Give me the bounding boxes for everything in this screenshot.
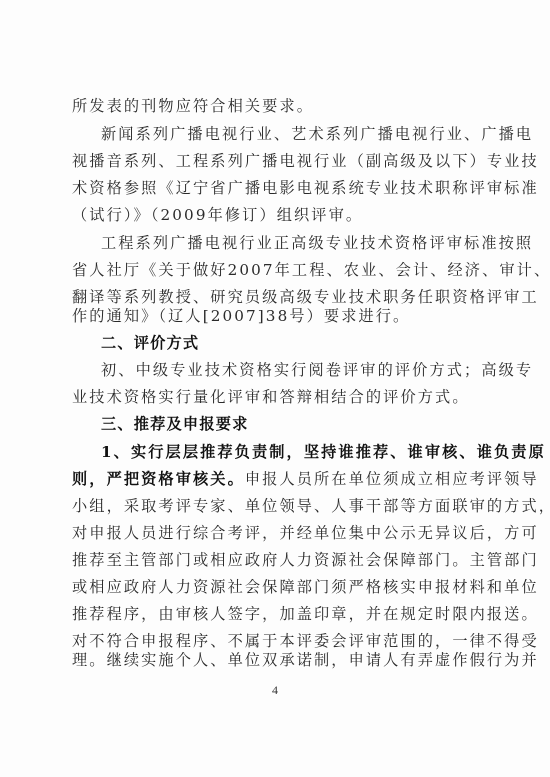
- document-page: 所发表的刊物应符合相关要求。 新闻系列广播电视行业、艺术系列广播电视行业、广播电…: [0, 0, 550, 777]
- paragraph-line: 视播音系列、工程系列广播电视行业（副高级及以下）专业技: [72, 151, 454, 171]
- paragraph-line-bold: 1、实行层层推荐负责制，坚持谁推荐、谁审核、谁负责原: [101, 442, 454, 462]
- paragraph-line: 业技术资格实行量化评审和答辩相结合的评价方式。: [72, 387, 454, 407]
- paragraph-line: 初、中级专业技术资格实行阅卷评审的评价方式；高级专: [101, 360, 454, 380]
- paragraph-line: （试行）》（2009年修订）组织评审。: [72, 205, 454, 225]
- paragraph-line: 新闻系列广播电视行业、艺术系列广播电视行业、广播电: [101, 124, 454, 144]
- paragraph-line: 推荐程序，由审核人签字，加盖印章，并在规定时限内报送。: [72, 604, 454, 624]
- bold-lead-text: 则，严把资格审核关。: [72, 470, 245, 488]
- paragraph-line: 所发表的刊物应符合相关要求。: [72, 96, 454, 116]
- paragraph-line: 对不符合申报程序、不属于本评委会评审范围的，一律不得受: [72, 631, 454, 651]
- paragraph-line: 翻译等系列教授、研究员级高级专业技术职务任职资格评审工: [72, 287, 454, 307]
- paragraph-line: 对申报人员进行综合考评，并经单位集中公示无异议后，方可: [72, 523, 454, 543]
- paragraph-line: 推荐至主管部门或相应政府人力资源社会保障部门。主管部门: [72, 550, 454, 570]
- section-heading-evaluation: 二、评价方式: [101, 333, 454, 353]
- paragraph-line: 省人社厅《关于做好2007年工程、农业、会计、经济、审计、: [72, 260, 454, 280]
- section-heading-recommendation: 三、推荐及申报要求: [101, 414, 454, 434]
- paragraph-line: 小组，采取考评专家、单位领导、人事干部等方面联审的方式，: [72, 496, 454, 516]
- paragraph-line: 理。继续实施个人、单位双承诺制，申请人有弄虚作假行为并: [72, 650, 454, 670]
- page-number: 4: [0, 683, 550, 698]
- paragraph-line: 则，严把资格审核关。申报人员所在单位须成立相应考评领导: [72, 469, 454, 489]
- paragraph-text: 申报人员所在单位须成立相应考评领导: [245, 470, 539, 488]
- paragraph-line: 或相应政府人力资源社会保障部门须严格核实申报材料和单位: [72, 577, 454, 597]
- paragraph-line: 术资格参照《辽宁省广播电影电视系统专业技术职称评审标准: [72, 178, 454, 198]
- paragraph-line: 作的通知》（辽人[2007]38号）要求进行。: [72, 306, 454, 326]
- paragraph-line: 工程系列广播电视行业正高级专业技术资格评审标准按照: [101, 233, 454, 253]
